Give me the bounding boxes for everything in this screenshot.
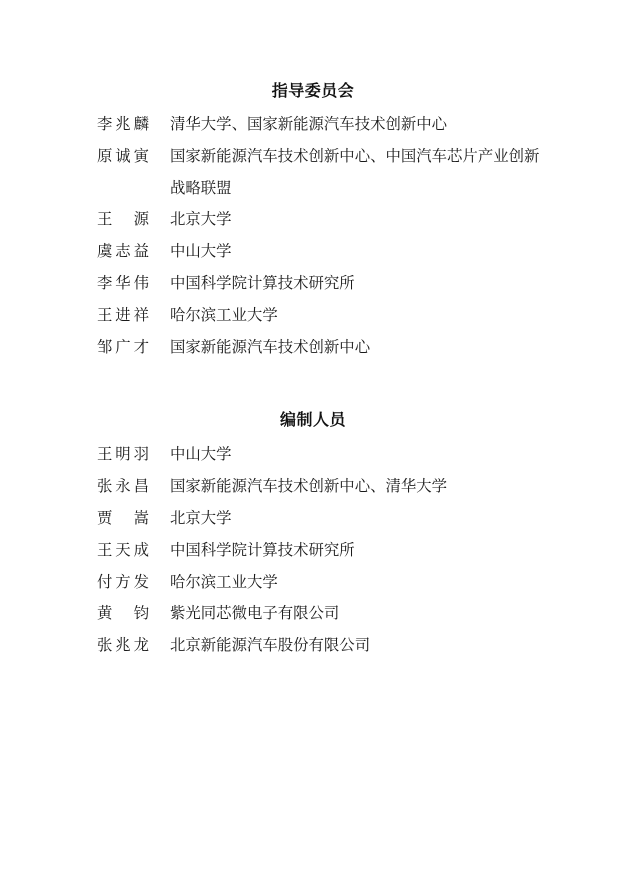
member-name: 李兆麟 <box>97 109 149 141</box>
member-row: 王进祥 哈尔滨工业大学 <box>97 300 546 332</box>
member-affiliation: 国家新能源汽车技术创新中心、中国汽车芯片产业创新战略联盟 <box>170 141 546 205</box>
member-affiliation: 国家新能源汽车技术创新中心 <box>170 332 546 364</box>
member-name: 付方发 <box>97 567 149 599</box>
member-affiliation: 清华大学、国家新能源汽车技术创新中心 <box>170 109 546 141</box>
section-title-steering-committee: 指导委员会 <box>0 84 626 100</box>
member-name: 李华伟 <box>97 268 149 300</box>
member-row: 黄钧 紫光同芯微电子有限公司 <box>97 598 546 630</box>
member-row: 李华伟 中国科学院计算技术研究所 <box>97 268 546 300</box>
member-affiliation: 北京新能源汽车股份有限公司 <box>170 630 546 662</box>
member-name: 邹广才 <box>97 332 149 364</box>
member-name: 张兆龙 <box>97 630 149 662</box>
member-affiliation: 中山大学 <box>170 236 546 268</box>
member-name: 贾嵩 <box>97 503 149 535</box>
member-affiliation: 北京大学 <box>170 503 546 535</box>
member-name: 王进祥 <box>97 300 149 332</box>
member-affiliation: 国家新能源汽车技术创新中心、清华大学 <box>170 471 546 503</box>
document-page: 指导委员会 李兆麟 清华大学、国家新能源汽车技术创新中心 原诚寅 国家新能源汽车… <box>0 0 626 886</box>
member-row: 张兆龙 北京新能源汽车股份有限公司 <box>97 630 546 662</box>
member-name: 王明羽 <box>97 439 149 471</box>
steering-committee-list: 李兆麟 清华大学、国家新能源汽车技术创新中心 原诚寅 国家新能源汽车技术创新中心… <box>0 109 626 363</box>
member-name: 王天成 <box>97 535 149 567</box>
member-row: 付方发 哈尔滨工业大学 <box>97 567 546 599</box>
member-row: 李兆麟 清华大学、国家新能源汽车技术创新中心 <box>97 109 546 141</box>
compilers-section: 编制人员 王明羽 中山大学 张永昌 国家新能源汽车技术创新中心、清华大学 贾嵩 … <box>0 413 626 662</box>
member-affiliation: 北京大学 <box>170 204 546 236</box>
member-row: 张永昌 国家新能源汽车技术创新中心、清华大学 <box>97 471 546 503</box>
member-row: 王源 北京大学 <box>97 204 546 236</box>
member-affiliation: 中国科学院计算技术研究所 <box>170 268 546 300</box>
member-affiliation: 紫光同芯微电子有限公司 <box>170 598 546 630</box>
member-affiliation: 哈尔滨工业大学 <box>170 567 546 599</box>
member-row: 邹广才 国家新能源汽车技术创新中心 <box>97 332 546 364</box>
member-row: 虞志益 中山大学 <box>97 236 546 268</box>
member-affiliation: 哈尔滨工业大学 <box>170 300 546 332</box>
member-name: 原诚寅 <box>97 141 149 173</box>
member-name: 黄钧 <box>97 598 149 630</box>
section-title-compilers: 编制人员 <box>0 413 626 429</box>
member-name: 张永昌 <box>97 471 149 503</box>
member-name: 王源 <box>97 204 149 236</box>
member-affiliation: 中国科学院计算技术研究所 <box>170 535 546 567</box>
compilers-list: 王明羽 中山大学 张永昌 国家新能源汽车技术创新中心、清华大学 贾嵩 北京大学 … <box>0 439 626 662</box>
member-row: 王明羽 中山大学 <box>97 439 546 471</box>
member-name: 虞志益 <box>97 236 149 268</box>
member-row: 贾嵩 北京大学 <box>97 503 546 535</box>
member-affiliation: 中山大学 <box>170 439 546 471</box>
member-row: 原诚寅 国家新能源汽车技术创新中心、中国汽车芯片产业创新战略联盟 <box>97 141 546 205</box>
member-row: 王天成 中国科学院计算技术研究所 <box>97 535 546 567</box>
steering-committee-section: 指导委员会 李兆麟 清华大学、国家新能源汽车技术创新中心 原诚寅 国家新能源汽车… <box>0 84 626 363</box>
